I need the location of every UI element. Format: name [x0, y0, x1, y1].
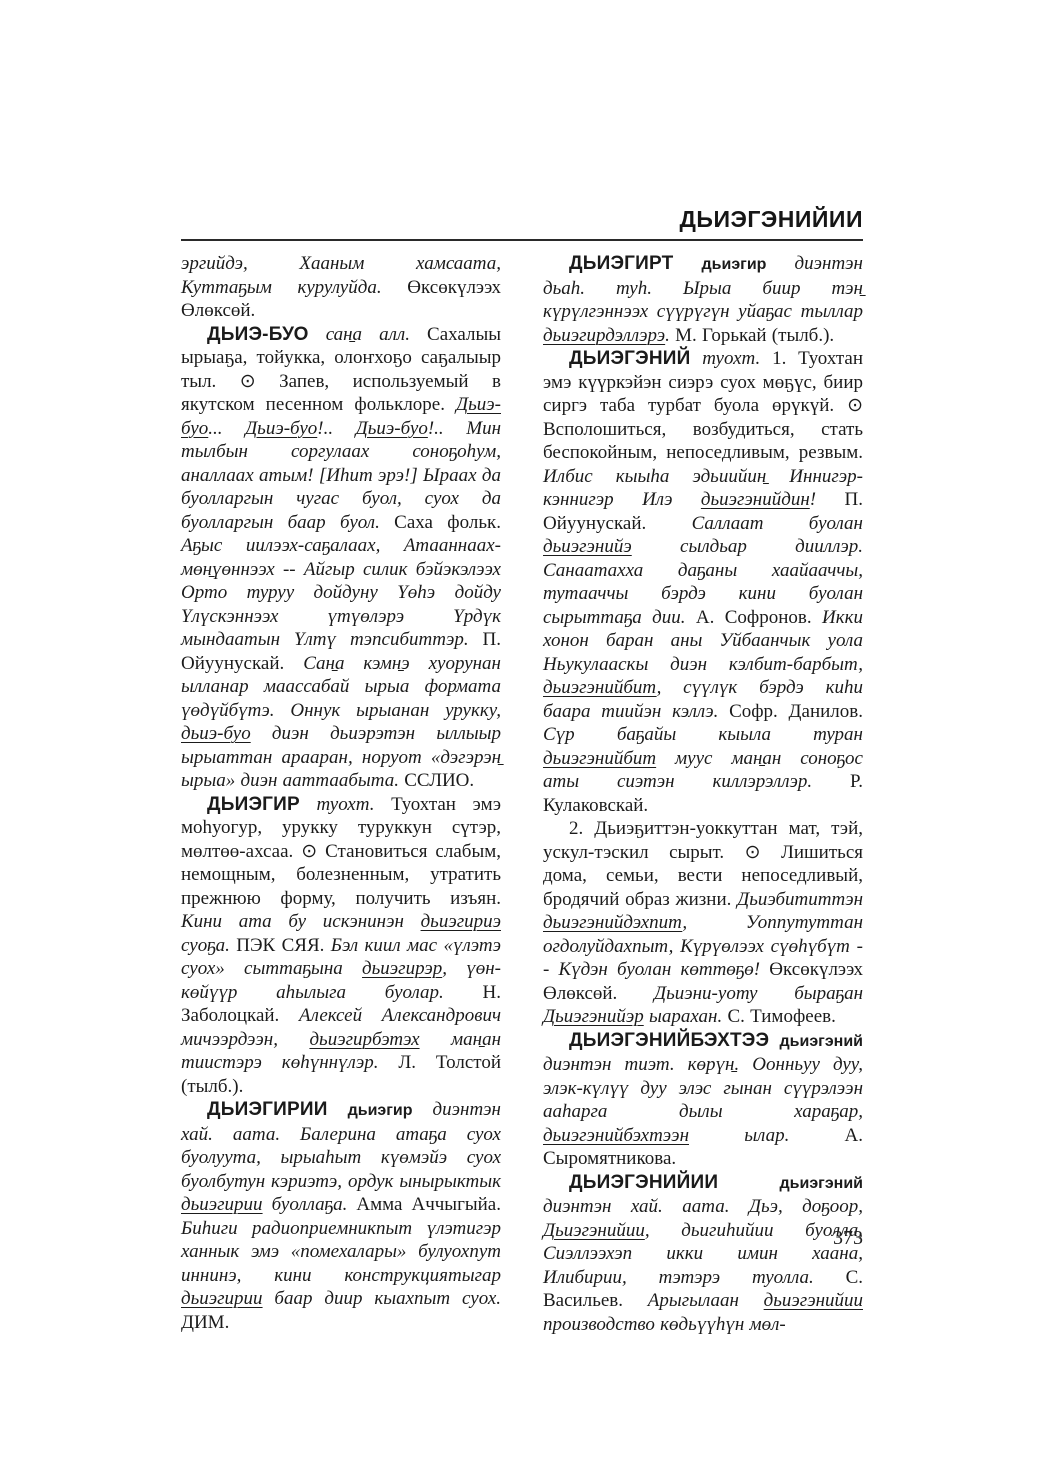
text-run: Амма Аччыгыйа.	[356, 1194, 501, 1215]
text-run: Саха фольк.	[394, 512, 501, 533]
cited-form: дьиэгэнийии	[764, 1290, 863, 1311]
dictionary-paragraph: 2. Дьиэҕиттэн-уоккуттан мат, тэй, ускул-…	[543, 817, 863, 1029]
headword: ДЬИЭГИРТ	[569, 253, 673, 274]
headword: ДЬИЭГЭНИЙБЭХТЭЭ	[569, 1030, 769, 1051]
right-column: ДЬИЭГИРТ дьиэгир диэнтэн дьаһ. туһ. Ырыа…	[543, 252, 863, 1336]
cited-form: Дьиэ-буо	[245, 418, 317, 439]
dictionary-paragraph: ДЬИЭГЭНИЙИИ дьиэгэний диэнтэн хай. аата.…	[543, 1171, 863, 1337]
text-run: А. Софронов.	[696, 607, 822, 628]
cited-form: дьиэгэнийбит	[543, 748, 656, 769]
example-text: Сүр баҕайы кыыла туран	[543, 724, 863, 745]
example-text: туохт.	[691, 348, 773, 369]
headword-source-form: дьиэгир	[328, 1102, 433, 1119]
text-columns: эргийдэ, Хааным хамсаата, Куттаҕым курул…	[181, 252, 863, 1336]
example-text: !	[810, 489, 845, 510]
example-text: ...	[208, 418, 245, 439]
cited-form: дьиэгирии	[181, 1194, 263, 1215]
example-text: туохт.	[300, 794, 391, 815]
cited-form: дьиэгэнийдэхпит	[543, 912, 682, 933]
example-text: диэнтэн хай. аата. Дьэ, доҕоор,	[543, 1196, 863, 1217]
example-text: .	[665, 325, 675, 346]
dictionary-paragraph: эргийдэ, Хааным хамсаата, Куттаҕым курул…	[181, 252, 501, 323]
example-text: Арыгылаан	[648, 1290, 764, 1311]
headword: ДЬИЭГИРИИ	[207, 1099, 328, 1120]
cited-form: дьиэгэнийбит	[543, 677, 657, 698]
headword-source-form: дьиэгир	[673, 256, 794, 273]
cited-form: Дьиэ-буо	[356, 418, 428, 439]
dictionary-paragraph: ДЬИЭГИРИИ дьиэгир диэнтэн хай. аата. Бал…	[181, 1098, 501, 1334]
text-run: Софр. Данилов.	[729, 701, 863, 722]
cited-form: дьиэгэнийбэхтээн	[543, 1125, 689, 1146]
example-text: Аҕыс иилээх-саҕалаах, Атааннаах-мөн̱үөнн…	[181, 535, 501, 650]
headword-source-form: дьиэгэний	[769, 1033, 863, 1050]
text-run: ПЭК СЯЯ.	[236, 935, 330, 956]
headword: ДЬИЭ-БУО	[207, 324, 309, 345]
cited-form: дьиэгэнийдин	[701, 489, 810, 510]
text-run: М. Горькай (тылб.).	[675, 325, 834, 346]
headword: ДЬИЭГЭНИЙИИ	[569, 1172, 718, 1193]
headword-source-form: дьиэгэний	[718, 1175, 863, 1192]
text-run: ДИМ.	[181, 1312, 229, 1333]
cited-form: дьиэгирэр	[362, 958, 442, 979]
example-text: буоллаҕа.	[263, 1194, 357, 1215]
cited-form: дьиэгирдэллэрэ	[543, 325, 665, 346]
cited-form: дьиэ-буо	[181, 723, 251, 744]
cited-form: дьиэгирбэтэх	[309, 1029, 419, 1050]
dictionary-paragraph: ДЬИЭГИР туохт. Туохтан эмэ моһуогур, уру…	[181, 793, 501, 1099]
dictionary-paragraph: ДЬИЭ-БУО сан̱а алл. Сахалыы ырыаҕа, тойу…	[181, 323, 501, 793]
example-text: баар диир кыахпыт суох.	[263, 1288, 501, 1309]
dictionary-paragraph: ДЬИЭГЭНИЙБЭХТЭЭ дьиэгэний диэнтэн тиэт. …	[543, 1029, 863, 1171]
example-text: диэнтэн тиэт. көрүн̱. Оонньуу дуу, элэк-…	[543, 1054, 863, 1122]
cited-form: дьиэгэнийэ	[543, 536, 632, 557]
example-text: ылар.	[689, 1125, 845, 1146]
left-column: эргийдэ, Хааным хамсаата, Куттаҕым курул…	[181, 252, 501, 1336]
text-run: ССЛИО.	[404, 770, 474, 791]
cited-form: дьиэгирии	[181, 1288, 263, 1309]
example-text: Дьиэбититтэн	[737, 889, 863, 910]
page-number: 373	[181, 1227, 863, 1250]
example-text: ыарахан.	[644, 1006, 728, 1027]
dictionary-paragraph: ДЬИЭГИРТ дьиэгир диэнтэн дьаһ. туһ. Ырыа…	[543, 252, 863, 347]
cited-form: дьиэгириэ	[421, 911, 501, 932]
example-text: !..	[317, 418, 355, 439]
example-text: Саллаат буолан	[692, 513, 863, 534]
example-text: сан̱а алл.	[309, 324, 427, 345]
headword: ДЬИЭГИР	[207, 794, 300, 815]
text-run: С. Тимофеев.	[727, 1006, 835, 1027]
example-text: суоҕа.	[181, 935, 236, 956]
example-text: Кини ата бу искэнинэн	[181, 911, 421, 932]
dictionary-paragraph: ДЬИЭГЭНИЙ туохт. 1. Туохтан эмэ күүркэйэ…	[543, 347, 863, 817]
example-text: Дьиэни-уоту быраҕан	[654, 983, 863, 1004]
headword: ДЬИЭГЭНИЙ	[569, 348, 691, 369]
example-text: производство көдьүүһүн мөл-	[543, 1314, 786, 1335]
header-rule	[181, 239, 863, 241]
cited-form: Дьиэгэнийэр	[543, 1006, 644, 1027]
running-header: ДЬИЭГЭНИЙИИ	[181, 206, 863, 233]
dictionary-page: ДЬИЭГЭНИЙИИ эргийдэ, Хааным хамсаата, Ку…	[0, 0, 1040, 1473]
